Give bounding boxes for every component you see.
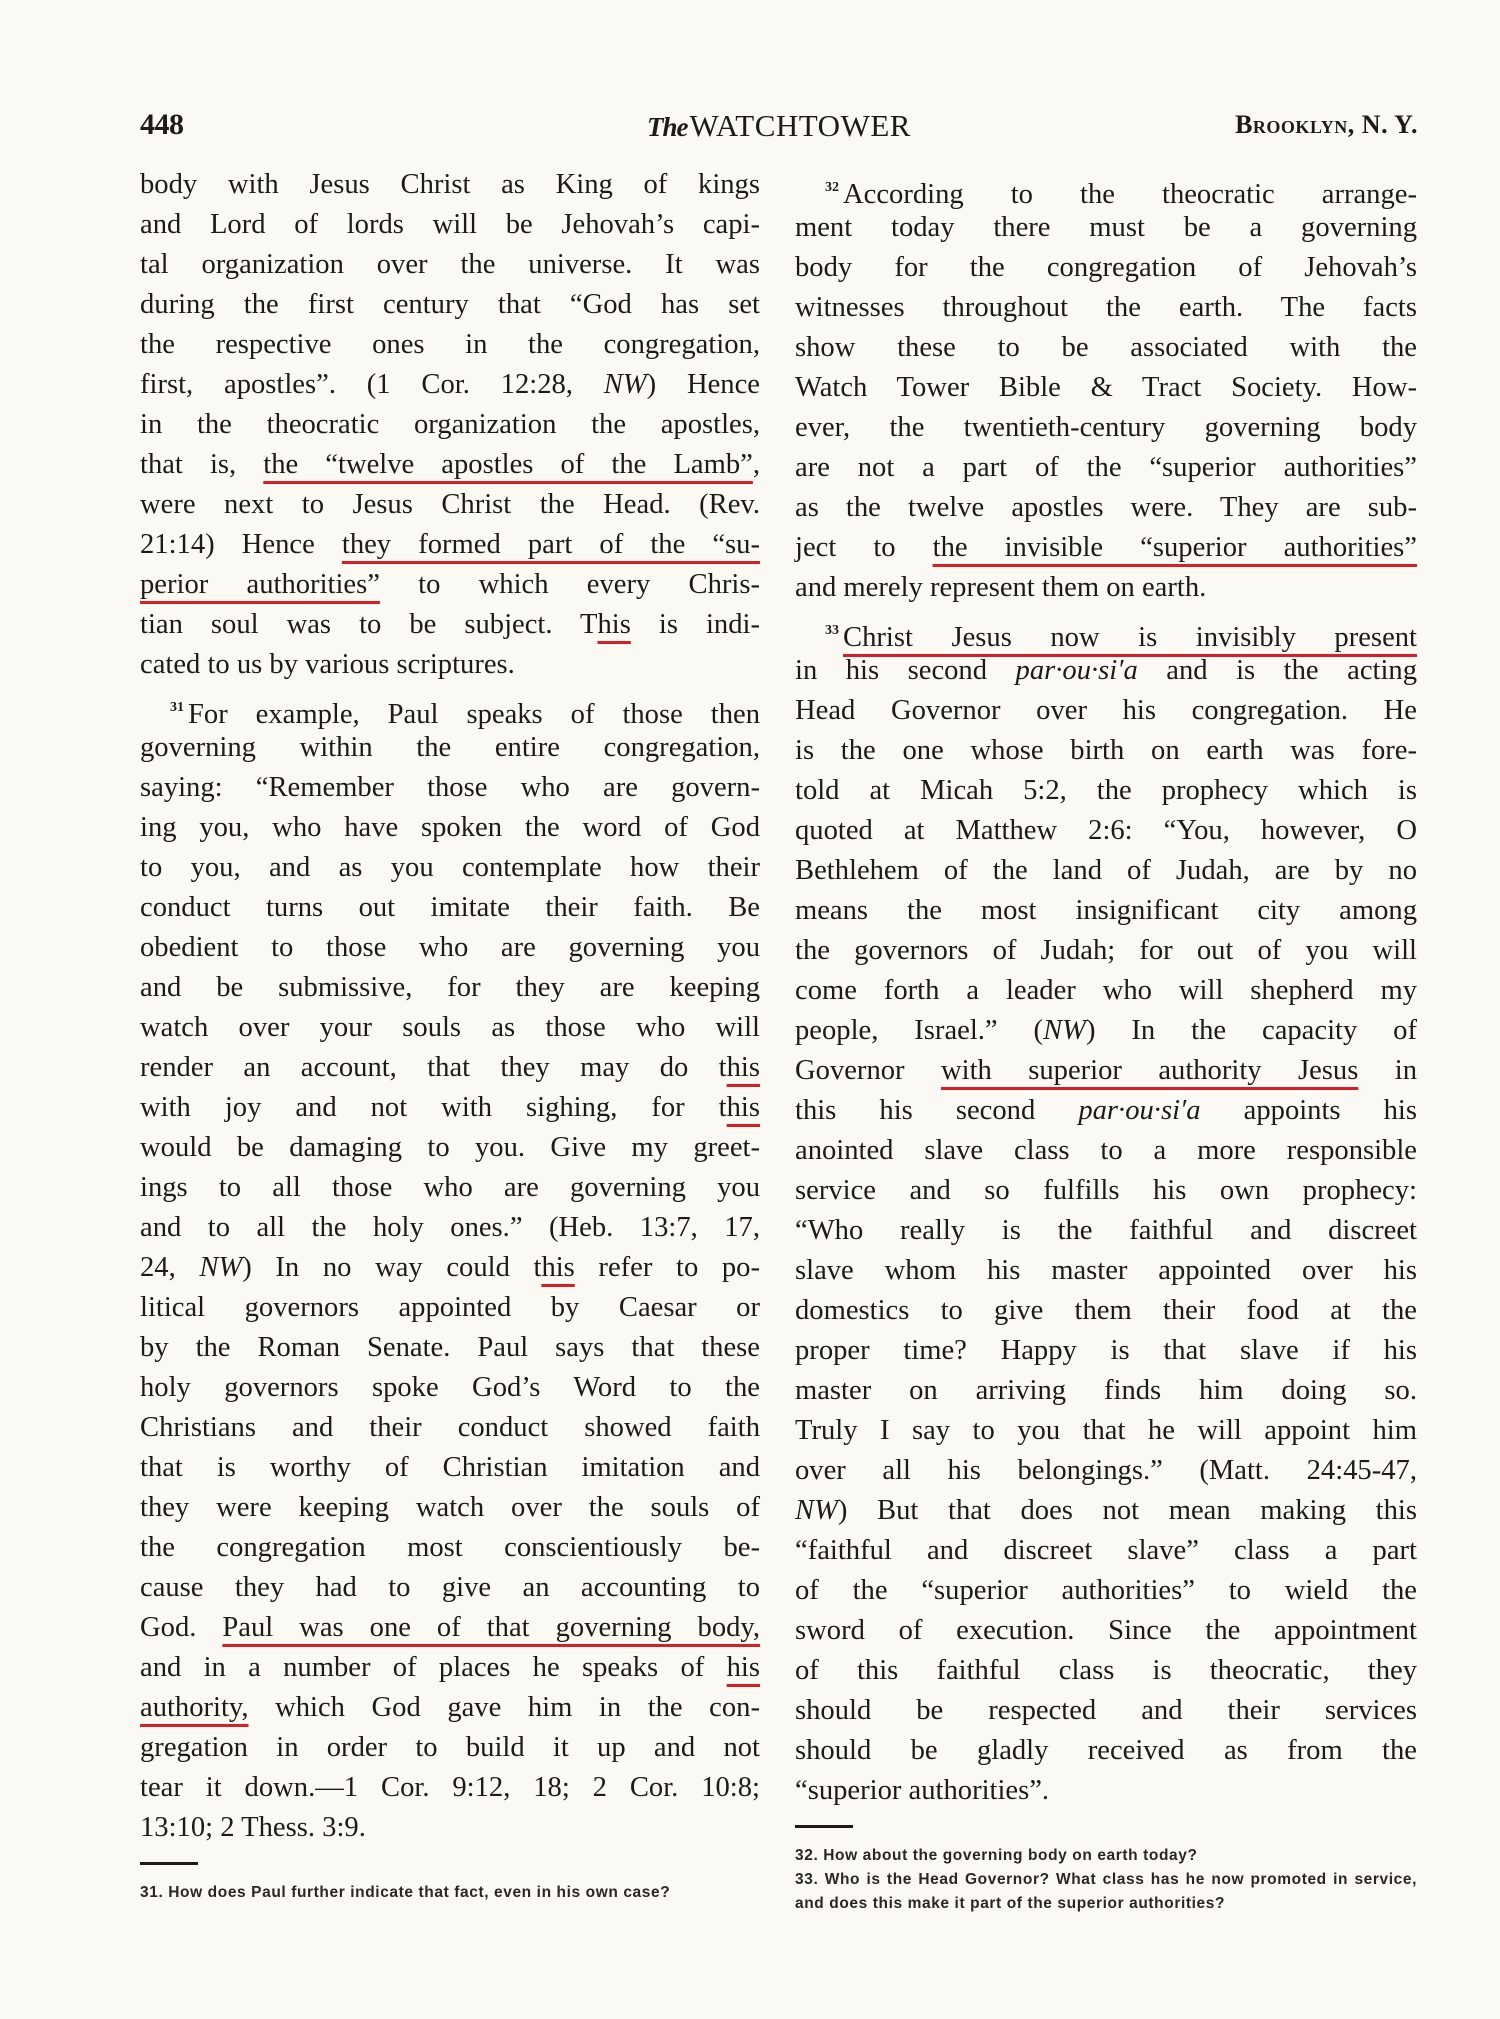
text-line: God. Paul was one of that governing body… (140, 1608, 760, 1648)
highlight-underline: his (727, 1052, 760, 1083)
text-line: render an account, that they may do this (140, 1048, 760, 1088)
highlight-underline: his (541, 1252, 574, 1283)
highlight-underline: Christ Jesus now is invisibly present (843, 622, 1417, 653)
text-line: should be respected and their services (795, 1691, 1417, 1731)
text-line: litical governors appointed by Caesar or (140, 1288, 760, 1328)
text-line: to you, and as you contemplate how their (140, 848, 760, 888)
text-line: Christians and their conduct showed fait… (140, 1408, 760, 1448)
text-line: governing within the entire congregation… (140, 728, 760, 768)
paragraph-number: 33 (825, 623, 839, 638)
masthead-prefix: The (647, 112, 688, 142)
text-line: obedient to those who are governing you (140, 928, 760, 968)
highlight-underline: his (727, 1092, 760, 1123)
text-line: and Lord of lords will be Jehovah’s capi… (140, 205, 760, 245)
text-line: the respective ones in the congregation, (140, 325, 760, 365)
text-line: conduct turns out imitate their faith. B… (140, 888, 760, 928)
text-line: and to all the holy ones.” (Heb. 13:7, 1… (140, 1208, 760, 1248)
text-line: they were keeping watch over the souls o… (140, 1488, 760, 1528)
text-line: ing you, who have spoken the word of God (140, 808, 760, 848)
text-line: quoted at Matthew 2:6: “You, however, O (795, 811, 1417, 851)
footnote-divider (795, 1825, 853, 1828)
text-line: “superior authorities”. (795, 1771, 1417, 1811)
study-question-31: 31. How does Paul further indicate that … (140, 1881, 760, 1905)
text-line: Truly I say to you that he will appoint … (795, 1411, 1417, 1451)
text-line: should be gladly received as from the (795, 1731, 1417, 1771)
highlight-underline: Paul was one of that governing body, (222, 1612, 760, 1643)
text-line: watch over your souls as those who will (140, 1008, 760, 1048)
text-line: tear it down.—1 Cor. 9:12, 18; 2 Cor. 10… (140, 1768, 760, 1808)
text-line: perior authorities” to which every Chris… (140, 565, 760, 605)
text-line: during the first century that “God has s… (140, 285, 760, 325)
right-column: 32According to the theocratic arrange-me… (795, 165, 1417, 1916)
text-line: and in a number of places he speaks of h… (140, 1648, 760, 1688)
text-line: over all his belongings.” (Matt. 24:45-4… (795, 1451, 1417, 1491)
text-line: told at Micah 5:2, the prophecy which is (795, 771, 1417, 811)
text-line: Head Governor over his congregation. He (795, 691, 1417, 731)
text-line: proper time? Happy is that slave if his (795, 1331, 1417, 1371)
text-line: authority, which God gave him in the con… (140, 1688, 760, 1728)
text-line: saying: “Remember those who are govern- (140, 768, 760, 808)
highlight-underline: his (597, 609, 630, 640)
text-line: ject to the invisible “superior authorit… (795, 528, 1417, 568)
text-line: ment today there must be a governing (795, 208, 1417, 248)
text-line: by the Roman Senate. Paul says that thes… (140, 1328, 760, 1368)
highlight-underline: his (727, 1652, 760, 1683)
text-line: ever, the twentieth-century governing bo… (795, 408, 1417, 448)
highlight-underline: the “twelve apostles of the Lamb” (263, 449, 753, 480)
text-line: show these to be associated with the (795, 328, 1417, 368)
text-line: and merely represent them on earth. (795, 568, 1417, 608)
text-line: tal organization over the universe. It w… (140, 245, 760, 285)
text-line: the congregation most conscientiously be… (140, 1528, 760, 1568)
text-line: were next to Jesus Christ the Head. (Rev… (140, 485, 760, 525)
masthead-title: WATCHTOWER (690, 108, 911, 143)
text-line: slave whom his master appointed over his (795, 1251, 1417, 1291)
paragraph-number: 32 (825, 180, 839, 195)
text-line: this his second par·ou·si′a appoints his (795, 1091, 1417, 1131)
text-line: of this faithful class is theocratic, th… (795, 1651, 1417, 1691)
text-line: master on arriving finds him doing so. (795, 1371, 1417, 1411)
highlight-underline: they formed part of the “su- (342, 529, 760, 560)
text-line: holy governors spoke God’s Word to the (140, 1368, 760, 1408)
text-line: means the most insignificant city among (795, 891, 1417, 931)
highlight-underline: authority, (140, 1692, 249, 1723)
text-line: that is, the “twelve apostles of the Lam… (140, 445, 760, 485)
text-line: Governor with superior authority Jesus i… (795, 1051, 1417, 1091)
text-line: is the one whose birth on earth was fore… (795, 731, 1417, 771)
text-line: 32According to the theocratic arrange- (795, 168, 1417, 208)
text-line: in his second par·ou·si′a and is the act… (795, 651, 1417, 691)
text-line: are not a part of the “superior authorit… (795, 448, 1417, 488)
text-line: first, apostles”. (1 Cor. 12:28, NW) Hen… (140, 365, 760, 405)
text-line: the governors of Judah; for out of you w… (795, 931, 1417, 971)
text-line: “faithful and discreet slave” class a pa… (795, 1531, 1417, 1571)
text-line: body for the congregation of Jehovah’s (795, 248, 1417, 288)
text-line: “Who really is the faithful and discreet (795, 1211, 1417, 1251)
text-line: that is worthy of Christian imitation an… (140, 1448, 760, 1488)
highlight-underline: with superior authority Jesus (941, 1055, 1358, 1086)
left-column: body with Jesus Christ as King of kingsa… (140, 165, 760, 1905)
paragraph-number: 31 (170, 700, 184, 715)
text-line: 24, NW) In no way could this refer to po… (140, 1248, 760, 1288)
text-line: of the “superior authorities” to wield t… (795, 1571, 1417, 1611)
text-line: would be damaging to you. Give my greet- (140, 1128, 760, 1168)
text-line: Watch Tower Bible & Tract Society. How- (795, 368, 1417, 408)
text-line: anointed slave class to a more responsib… (795, 1131, 1417, 1171)
text-line: tian soul was to be subject. This is ind… (140, 605, 760, 645)
text-line: cause they had to give an accounting to (140, 1568, 760, 1608)
text-line: witnesses throughout the earth. The fact… (795, 288, 1417, 328)
text-line: 13:10; 2 Thess. 3:9. (140, 1808, 760, 1848)
masthead: TheWATCHTOWER (140, 108, 1418, 144)
text-line: service and so fulfills his own prophecy… (795, 1171, 1417, 1211)
footnote-divider (140, 1862, 198, 1865)
text-line: people, Israel.” (NW) In the capacity of (795, 1011, 1417, 1051)
left-column-text: body with Jesus Christ as King of kingsa… (140, 165, 760, 1848)
text-line: as the twelve apostles were. They are su… (795, 488, 1417, 528)
study-question-33: 33. Who is the Head Governor? What class… (795, 1868, 1417, 1916)
highlight-underline: perior authorities” (140, 569, 380, 600)
text-line: ings to all those who are governing you (140, 1168, 760, 1208)
highlight-underline: the invisible “superior authorities” (933, 532, 1417, 563)
location-label: Brooklyn, N. Y. (1235, 110, 1418, 140)
text-line: with joy and not with sighing, for this (140, 1088, 760, 1128)
text-line: 21:14) Hence they formed part of the “su… (140, 525, 760, 565)
page-header: 448 TheWATCHTOWER Brooklyn, N. Y. (140, 108, 1418, 148)
text-line: cated to us by various scriptures. (140, 645, 760, 685)
text-line: gregation in order to build it up and no… (140, 1728, 760, 1768)
text-line: sword of execution. Since the appointmen… (795, 1611, 1417, 1651)
text-line: in the theocratic organization the apost… (140, 405, 760, 445)
text-line: and be submissive, for they are keeping (140, 968, 760, 1008)
text-line: Bethlehem of the land of Judah, are by n… (795, 851, 1417, 891)
right-column-text: 32According to the theocratic arrange-me… (795, 165, 1417, 1811)
text-line: come forth a leader who will shepherd my (795, 971, 1417, 1011)
study-question-32: 32. How about the governing body on eart… (795, 1844, 1417, 1868)
text-line: 31For example, Paul speaks of those then (140, 688, 760, 728)
text-line: NW) But that does not mean making this (795, 1491, 1417, 1531)
text-line: 33Christ Jesus now is invisibly present (795, 611, 1417, 651)
text-line: body with Jesus Christ as King of kings (140, 165, 760, 205)
text-line: domestics to give them their food at the (795, 1291, 1417, 1331)
